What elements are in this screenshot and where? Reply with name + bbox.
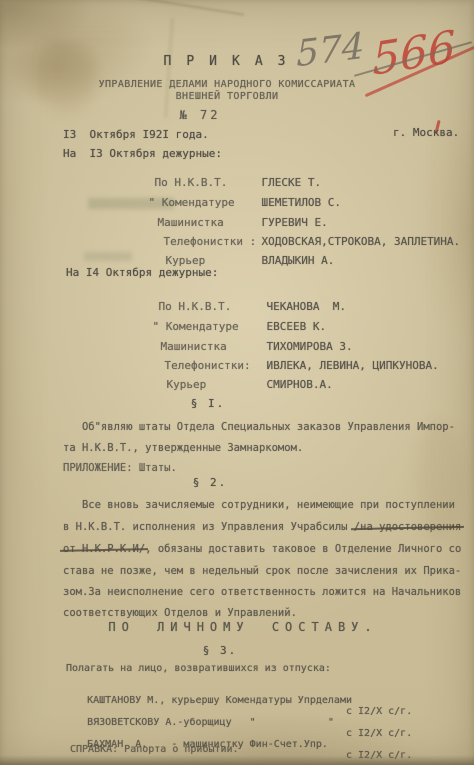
duty-role: Курьер — [167, 378, 267, 391]
order-title: ПРИКАЗ — [164, 54, 301, 69]
duty14-heading: На I4 Октября дежурные: — [66, 266, 218, 279]
section1-text-line: Об"являю штаты Отдела Специальных заказо… — [63, 416, 455, 438]
section2-text-line: Все вновь зачисляемые сотрудники, неимею… — [63, 494, 455, 516]
section2-text: , обязаны доставить таковое в Отделение … — [145, 543, 461, 555]
personnel-entry-text: КАШТАНОВУ М., курьершу Комендатуры Упрде… — [87, 695, 352, 706]
bleed-through-smudge — [84, 252, 132, 261]
section3-mark: § 3. — [203, 644, 238, 657]
order-number: № 72 — [180, 108, 221, 122]
section2-text-line: зом.За неисполнение сего ответственность… — [63, 581, 461, 603]
pencil-number: 574 — [296, 26, 365, 76]
duty-row: КурьерВЛАДЫКИН А. — [139, 241, 334, 267]
reference-note: СПРАВКА: Рапорта о прибытии. — [70, 744, 239, 755]
section2-mark: § 2. — [193, 476, 228, 489]
duty-name: ВЛАДЫКИН А. — [262, 254, 335, 267]
paper-stain — [36, 44, 96, 114]
personnel-intro: Полагать на лицо, возвратившихся из отпу… — [66, 663, 331, 674]
scan-bottom-edge — [0, 755, 474, 765]
personnel-entry-text: ВЯЗОВЕТСКОВУ А.-уборщицу " " — [87, 717, 334, 728]
duty-name: СМИРНОВ.А. — [267, 378, 333, 391]
section2-text: в Н.К.В.Т. исполнения из Управления Учра… — [63, 521, 354, 533]
section2-text-line: в Н.К.В.Т. исполнения из Управления Учра… — [63, 516, 461, 538]
section1-text-line: та Н.К.В.Т., утвержденные Замнаркомом. — [63, 437, 303, 459]
struck-text: /на удостоверения — [354, 521, 461, 533]
attachment-note: ПРИЛОЖЕНИЕ: Штаты. — [63, 457, 177, 479]
personnel-entry-date: с I2/X с/г. — [346, 728, 412, 739]
section2-text-line: става не позже, чем в недельный срок пос… — [63, 560, 461, 582]
struck-text: от Н.К.Р.К.И/ — [63, 543, 145, 555]
red-number: 566 — [372, 21, 456, 86]
order-date: I3 Октября I92I года. — [63, 128, 209, 141]
org-name-line2: ВНЕШНЕЙ ТОРГОВЛИ — [176, 91, 279, 102]
personnel-entry-date: с I2/X с/г. — [346, 706, 412, 717]
order-place: г. Москва. — [393, 126, 459, 139]
duty13-heading: На I3 Октября дежурные: — [63, 147, 222, 160]
duty-row: КурьерСМИРНОВ.А. — [140, 365, 333, 391]
crease-mark — [96, 0, 244, 16]
scanned-document-page: 574 566 ПРИКАЗ УПРАВЛЕНИЕ ДЕЛАМИ НАРОДНО… — [0, 0, 474, 765]
section1-mark: § I. — [191, 397, 226, 410]
org-name-line1: УПРАВЛЕНИЕ ДЕЛАМИ НАРОДНОГО КОМИССАРИАТА — [99, 79, 356, 90]
section2-text-line: от Н.К.Р.К.И/, обязаны доставить таковое… — [63, 538, 461, 560]
personnel-heading: ПО ЛИЧНОМУ СОСТАВУ. — [108, 620, 377, 634]
